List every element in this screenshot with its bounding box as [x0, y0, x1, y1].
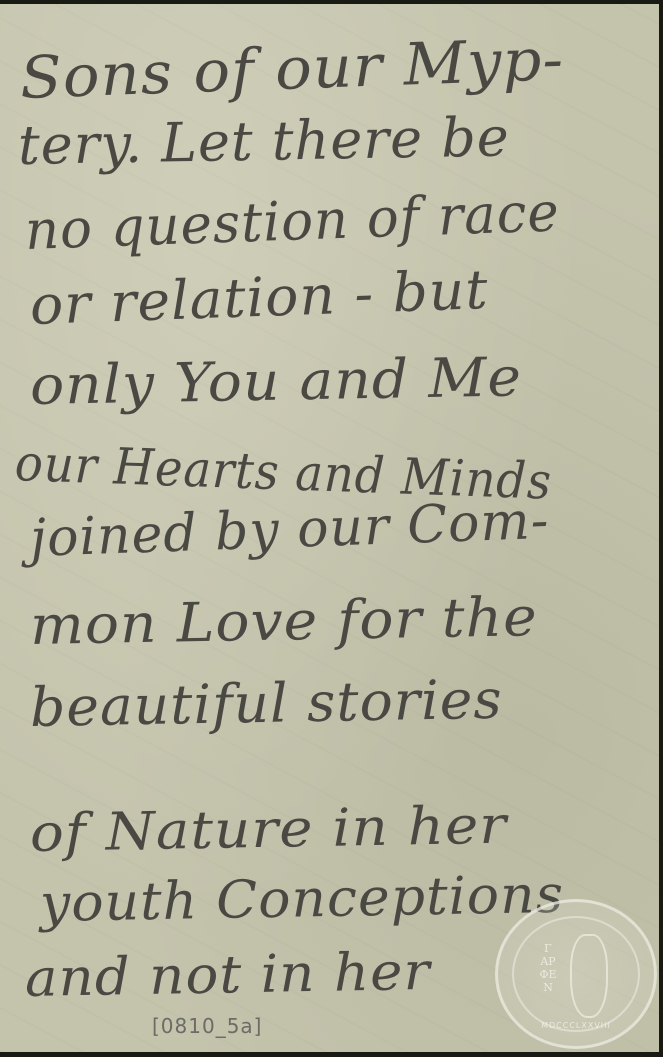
seal-rim-text: MDCCCLXXVIII [498, 1021, 654, 1030]
handwritten-line-2: tery. Let there be [17, 105, 510, 177]
handwritten-line-12: and not in her [24, 942, 431, 1009]
letter-page: Sons of our Myp- tery. Let there be no q… [0, 4, 659, 1052]
handwritten-line-1: Sons of our Myp- [19, 25, 565, 112]
archive-reference-number: [0810_5a] [152, 1014, 262, 1038]
handwritten-line-11: youth Conceptions [39, 865, 564, 934]
university-seal-stamp: Γ ΑΡ ΦΕ Ν MDCCCLXXVIII [495, 899, 657, 1049]
handwritten-line-8: mon Love for the [29, 585, 538, 657]
handwritten-line-5: only You and Me [29, 345, 522, 417]
handwritten-line-4: or relation - but [29, 258, 490, 337]
seal-vase-emblem-icon [570, 934, 608, 1018]
handwritten-line-9: beautiful stories [29, 668, 503, 739]
handwritten-line-7: joined by our Com- [29, 491, 550, 569]
seal-greek-letters: Γ ΑΡ ΦΕ Ν [536, 942, 560, 994]
handwritten-line-10: of Nature in her [29, 796, 507, 864]
handwritten-line-3: no question of race [24, 180, 561, 262]
